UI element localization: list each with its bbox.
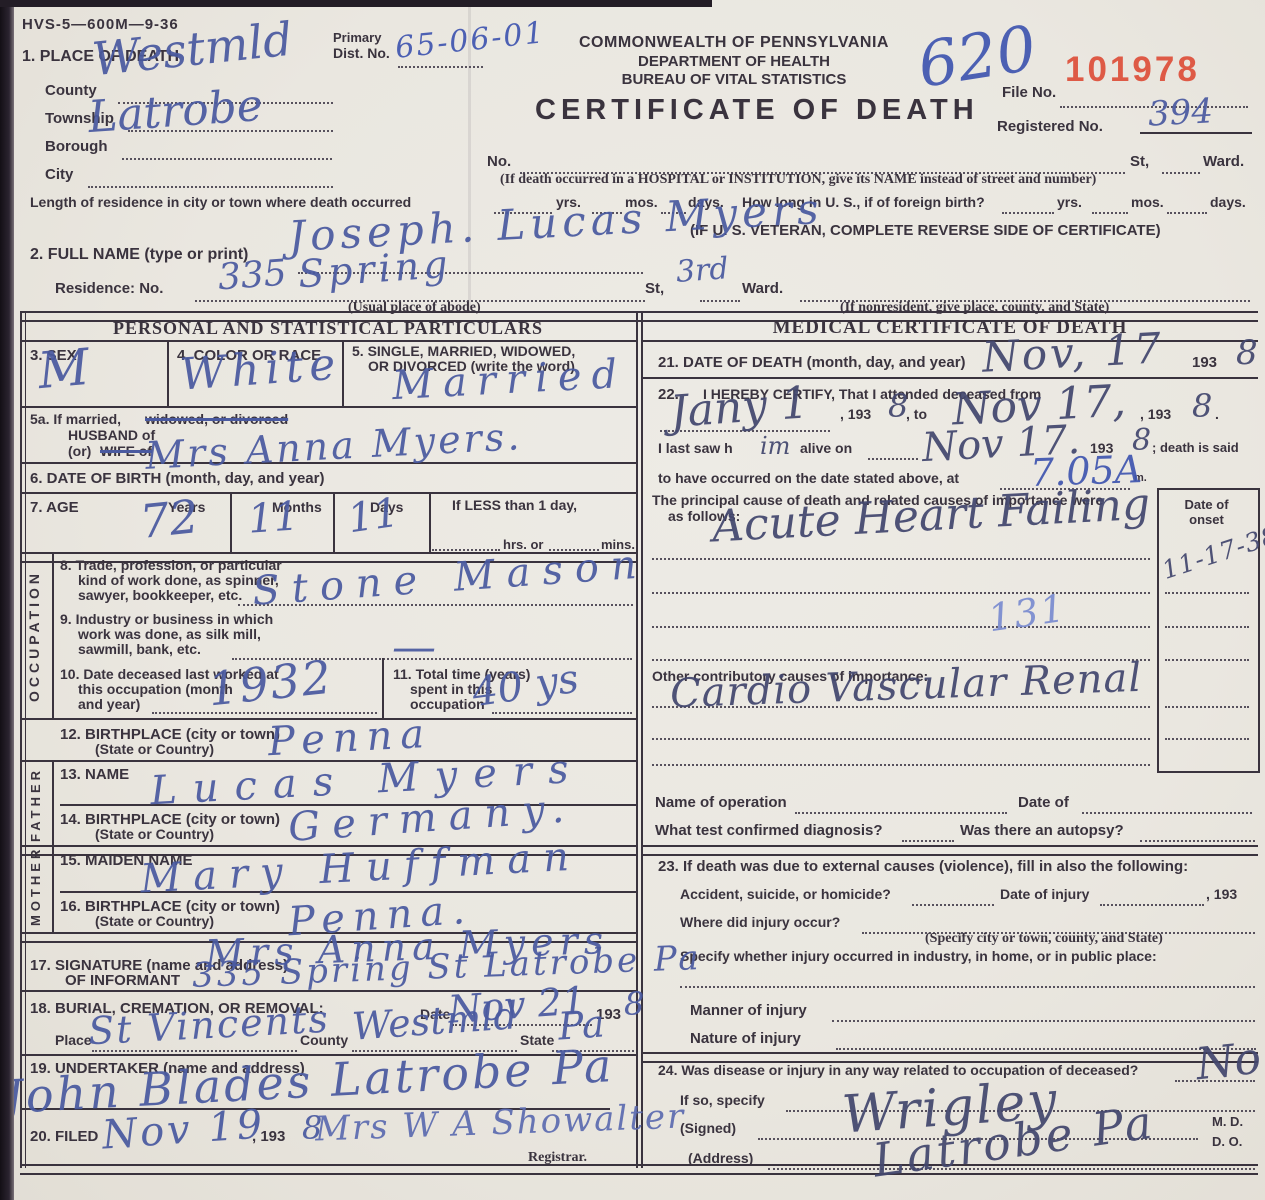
date-of-death-label: 21. DATE OF DEATH (month, day, and year) — [658, 354, 966, 371]
st-label: St, — [1130, 153, 1149, 170]
filed-label: 20. FILED — [30, 1128, 98, 1145]
dotted-line — [398, 64, 483, 68]
rule — [641, 377, 1258, 379]
column-divider — [636, 311, 638, 1168]
sex-value-handwriting: M — [36, 342, 91, 396]
double-rule-bottom — [20, 1164, 1258, 1175]
form-left-border — [25, 311, 26, 1168]
days-label-2: days. — [1210, 194, 1246, 210]
industry-label-3: sawmill, bank, etc. — [78, 641, 201, 657]
dotted-line — [652, 590, 1150, 594]
cell-divider — [167, 340, 169, 406]
cell-divider — [333, 492, 335, 552]
ledger-number-handwriting: 620 — [914, 17, 1041, 97]
onset-label-2: onset — [1157, 512, 1256, 527]
informant-label-2: OF INFORMANT — [65, 972, 180, 989]
dotted-line — [1165, 704, 1249, 708]
rule — [641, 340, 1258, 342]
death-year-printed: 193 — [1192, 354, 1217, 371]
group-divider — [52, 760, 54, 845]
trade-label-3: sawyer, bookkeeper, etc. — [78, 587, 242, 603]
residence-no-handwriting: 335 — [217, 256, 288, 297]
dotted-line — [88, 184, 333, 188]
burial-year-digit-handwriting: 8 — [624, 988, 644, 1020]
last-saw-fill-handwriting: im — [760, 434, 790, 458]
registrar-label: Registrar. — [528, 1150, 587, 1166]
nonresident-note: (If nonresident, give place, county, and… — [840, 300, 1109, 316]
signed-label: (Signed) — [680, 1120, 736, 1136]
column-divider — [641, 311, 643, 1168]
scan-left-edge — [0, 0, 14, 1200]
full-name-label: 2. FULL NAME (type or print) — [30, 246, 248, 264]
mother-vertical-label: MOTHER — [28, 852, 43, 926]
filed-date-handwriting: Nov 19 — [101, 1104, 267, 1155]
dotted-line — [836, 1046, 1256, 1050]
external-causes-label: 23. If death was due to external causes … — [658, 858, 1188, 875]
dotted-line — [1167, 210, 1207, 214]
primary-label: Primary — [333, 30, 381, 45]
attended-from-handwriting: Jany 1 — [669, 381, 811, 435]
scan-top-edge — [0, 0, 712, 7]
dotted-line — [1092, 210, 1128, 214]
cell-divider — [230, 492, 232, 552]
district-no-value-handwriting: 65-06-01 — [394, 18, 547, 64]
address-label: (Address) — [688, 1150, 753, 1166]
race-value-handwriting: White — [179, 342, 343, 397]
nature-of-injury-label: Nature of injury — [690, 1030, 801, 1047]
industry-label-2: work was done, as silk mill, — [78, 626, 261, 642]
trade-label-1: 8. Trade, profession, or particular — [60, 557, 282, 573]
bureau-line: BUREAU OF VITAL STATISTICS — [558, 71, 910, 88]
dotted-line — [795, 810, 1007, 814]
rule — [20, 406, 636, 408]
burial-place-handwriting: St Vincents — [87, 1000, 330, 1051]
cell-divider — [429, 492, 431, 552]
date-of-injury-label: Date of injury — [1000, 886, 1089, 902]
certificate-title: CERTIFICATE OF DEATH — [535, 94, 935, 127]
commonwealth-line: COMMONWEALTH OF PENNSYLVANIA — [558, 34, 910, 52]
or-label: (or) — [68, 443, 91, 459]
group-divider — [52, 552, 54, 718]
ward-value-handwriting: 3rd — [675, 254, 730, 288]
burial-place-label: Place — [55, 1032, 92, 1048]
double-rule — [641, 845, 1258, 856]
father-birthplace-label-2: (State or Country) — [95, 826, 214, 842]
marital-value-handwriting: Married — [391, 354, 628, 406]
industry-value-handwriting: — — [392, 626, 436, 670]
husband-of-label: HUSBAND of — [68, 427, 155, 443]
dotted-line — [122, 156, 332, 160]
mos-label-2: mos. — [1131, 194, 1164, 210]
burial-county-handwriting: Westmld — [351, 996, 519, 1045]
dotted-line — [1165, 736, 1249, 740]
city-label: City — [45, 166, 73, 183]
ward-label-2: Ward. — [742, 280, 783, 297]
to-year-printed: , 193 — [1140, 406, 1171, 422]
md-label: M. D. — [1212, 1114, 1243, 1129]
birthplace-label-2: (State or Country) — [95, 741, 214, 757]
dotted-line — [1165, 657, 1249, 661]
to-year-digit-handwriting: 8 — [1192, 390, 1212, 422]
occupation-related-label: 24. Was disease or injury in any way rel… — [658, 1062, 1138, 1078]
ward-label: Ward. — [1203, 153, 1244, 170]
district-no-label: Dist. No. — [333, 45, 390, 61]
last-saw-label-1: I last saw h — [658, 440, 733, 456]
dotted-line — [652, 762, 1150, 766]
last-worked-value-handwriting: 1932 — [206, 654, 335, 713]
date-of-death-handwriting: Nov, 17 — [981, 327, 1165, 378]
5a-struck-words: widowed, or divorced — [145, 411, 288, 427]
from-year-printed: , 193 — [840, 406, 871, 422]
industry-label-1: 9. Industry or business in which — [60, 611, 273, 627]
occupation-related-handwriting: No — [1194, 1037, 1263, 1088]
registered-no-value-handwriting: 394 — [1147, 94, 1214, 131]
file-no-stamp: 101978 — [1065, 50, 1200, 90]
department-line: DEPARTMENT OF HEALTH — [558, 53, 910, 70]
form-left-border — [20, 311, 22, 1168]
mother-birthplace-label-2: (State or Country) — [95, 913, 214, 929]
age-months-handwriting: 11 — [247, 496, 301, 539]
dotted-line — [680, 984, 1255, 988]
yrs-label-2: yrs. — [1057, 194, 1082, 210]
occurred-at-label: to have occurred on the date stated abov… — [658, 470, 959, 486]
dotted-line — [1162, 170, 1200, 174]
cell-divider — [382, 658, 384, 718]
from-year-digit-handwriting: 8 — [888, 390, 908, 422]
trade-label-2: kind of work done, as spinner, — [78, 572, 279, 588]
residence-street-handwriting: Spring — [297, 245, 453, 294]
dotted-line — [1100, 902, 1204, 906]
injury-year-printed: , 193 — [1206, 886, 1237, 902]
group-divider — [52, 845, 54, 932]
operation-label: Name of operation — [655, 794, 787, 811]
death-year-digit-handwriting: 8 — [1236, 336, 1258, 370]
registered-no-label: Registered No. — [997, 118, 1103, 135]
age-label: 7. AGE — [30, 499, 79, 516]
period-printed: . — [1215, 406, 1219, 422]
dotted-line — [1002, 210, 1054, 214]
dotted-line — [1165, 624, 1249, 628]
dotted-line — [652, 624, 1150, 628]
father-name-label: 13. NAME — [60, 766, 129, 783]
death-is-said-label: ; death is said — [1152, 440, 1239, 455]
do-label: D. O. — [1212, 1134, 1242, 1149]
dotted-line — [1082, 810, 1252, 814]
father-vertical-label: FATHER — [28, 766, 43, 842]
cause-code-handwriting: 131 — [986, 589, 1069, 638]
occupation-vertical-label: OCCUPATION — [26, 562, 42, 710]
dotted-line — [432, 547, 500, 551]
dotted-line — [912, 902, 994, 906]
5a-label: 5a. If married, — [30, 411, 121, 427]
rule — [20, 492, 636, 494]
street-no-label: No. — [487, 153, 511, 170]
onset-label-1: Date of — [1157, 497, 1256, 512]
last-saw-label-2: alive on — [800, 440, 852, 456]
dotted-line — [832, 1018, 1255, 1022]
age-years-handwriting: 72 — [138, 493, 201, 545]
dotted-line — [700, 298, 740, 302]
specify-city-note: (Specify city or town, county, and State… — [925, 931, 1163, 947]
death-certificate-scan: HVS-5—600M—9-36 1. PLACE OF DEATH County… — [0, 0, 1265, 1200]
registrar-signature-handwriting: Mrs W A Showalter — [315, 1100, 686, 1147]
where-injury-label: Where did injury occur? — [680, 914, 840, 930]
cell-divider — [342, 340, 344, 406]
manner-of-injury-label: Manner of injury — [690, 1002, 807, 1019]
to-label: , to — [906, 406, 927, 422]
personal-section-title: PERSONAL AND STATISTICAL PARTICULARS — [20, 318, 636, 339]
test-label: What test confirmed diagnosis? — [655, 822, 883, 839]
dotted-line — [652, 736, 1150, 740]
last-worked-label-3: and year) — [78, 696, 140, 712]
age-days-handwriting: 11 — [345, 493, 401, 540]
st-label-2: St, — [645, 280, 664, 297]
dotted-line — [1140, 838, 1255, 842]
accident-label: Accident, suicide, or homicide? — [680, 886, 891, 902]
dotted-line — [1165, 590, 1249, 594]
dotted-line — [868, 456, 918, 460]
dotted-line — [902, 838, 954, 842]
if-so-specify-label: If so, specify — [680, 1092, 765, 1108]
residence-label: Residence: No. — [55, 280, 163, 297]
borough-value-handwriting: Latrobe — [87, 84, 265, 140]
specify-industry-label: Specify whether injury occurred in indus… — [680, 948, 1157, 964]
abode-note: (Usual place of abode) — [348, 300, 481, 316]
dotted-line — [652, 556, 1150, 560]
less-than-day-label: If LESS than 1 day, — [452, 497, 577, 513]
autopsy-label: Was there an autopsy? — [960, 822, 1124, 839]
operation-date-label: Date of — [1018, 794, 1069, 811]
